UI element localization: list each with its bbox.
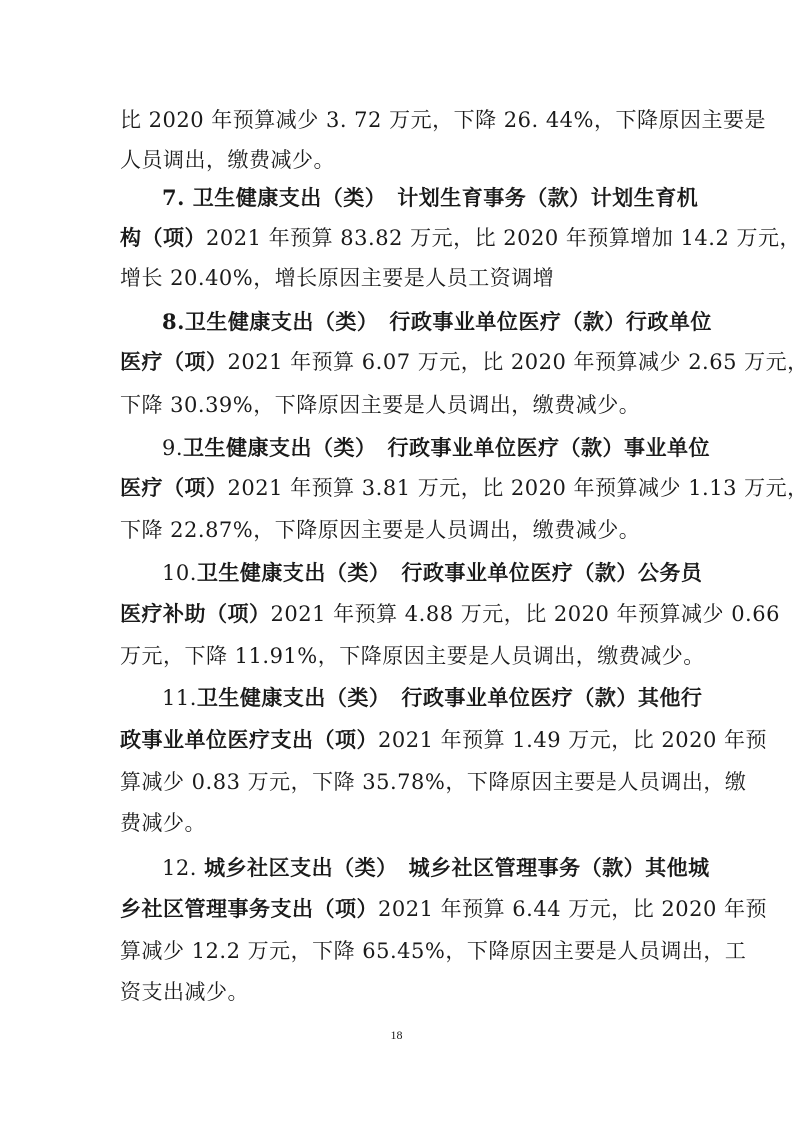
item-number: 11. (162, 686, 197, 710)
text-line: 医疗补助（项）2021 年预算 4.88 万元，比 2020 年预算减少 0.6… (120, 594, 698, 634)
line-text: 下降 30.39%，下降原因主要是人员调出，缴费减少。 (120, 393, 640, 417)
item-12-heading: 12. 城乡社区支出（类） 城乡社区管理事务（款）其他城 (162, 848, 698, 888)
text-line: 比 2020 年预算减少 3. 72 万元，下降 26. 44%，下降原因主要是 (120, 100, 698, 140)
item-10-heading: 10.卫生健康支出（类） 行政事业单位医疗（款）公务员 (162, 553, 698, 593)
item-number: 12. (162, 856, 204, 880)
heading-text: 城乡社区支出（类） 城乡社区管理事务（款）其他城 (204, 855, 710, 880)
item-9-heading: 9.卫生健康支出（类） 行政事业单位医疗（款）事业单位 (162, 428, 698, 468)
text-line: 资支出减少。 (120, 972, 698, 1012)
document-page: 比 2020 年预算减少 3. 72 万元，下降 26. 44%，下降原因主要是… (0, 0, 793, 1122)
heading-text: 医疗（项） (120, 475, 228, 500)
text-line: 医疗（项）2021 年预算 6.07 万元，比 2020 年预算减少 2.65 … (120, 342, 698, 382)
heading-text: 卫生健康支出（类） 行政事业单位医疗（款）其他行 (197, 685, 703, 710)
line-text: 资支出减少。 (120, 980, 249, 1004)
line-text: 算减少 12.2 万元，下降 65.45%，下降原因主要是人员调出，工 (120, 939, 746, 963)
text-line: 下降 30.39%，下降原因主要是人员调出，缴费减少。 (120, 385, 698, 425)
text-line: 构（项）2021 年预算 83.82 万元，比 2020 年预算增加 14.2 … (120, 218, 698, 258)
item-7-heading: 7. 卫生健康支出（类） 计划生育事务（款）计划生育机 (162, 178, 698, 218)
line-text: 2021 年预算 1.49 万元，比 2020 年预 (378, 728, 767, 752)
line-text: 万元，下降 11.91%，下降原因主要是人员调出，缴费减少。 (120, 644, 705, 668)
line-text: 费减少。 (120, 811, 206, 835)
heading-text: 8.卫生健康支出（类） 行政事业单位医疗（款）行政单位 (162, 309, 712, 334)
heading-text: 卫生健康支出（类） 行政事业单位医疗（款）事业单位 (183, 435, 710, 460)
text-line: 算减少 0.83 万元，下降 35.78%，下降原因主要是人员调出，缴 (120, 762, 698, 802)
line-text: 2021 年预算 83.82 万元，比 2020 年预算增加 14.2 万元， (206, 226, 793, 250)
line-text: 下降 22.87%，下降原因主要是人员调出，缴费减少。 (120, 518, 640, 542)
heading-text: 7. 卫生健康支出（类） 计划生育事务（款）计划生育机 (162, 185, 698, 210)
line-text: 人员调出，缴费减少。 (120, 148, 335, 172)
page-number: 18 (0, 1028, 793, 1043)
line-text: 2021 年预算 3.81 万元，比 2020 年预算减少 1.13 万元， (228, 476, 793, 500)
line-text: 2021 年预算 6.44 万元，比 2020 年预 (378, 897, 767, 921)
heading-text: 医疗（项） (120, 349, 228, 374)
text-line: 下降 22.87%，下降原因主要是人员调出，缴费减少。 (120, 510, 698, 550)
line-text: 2021 年预算 6.07 万元，比 2020 年预算减少 2.65 万元， (228, 350, 793, 374)
text-line: 费减少。 (120, 803, 698, 843)
text-line: 万元，下降 11.91%，下降原因主要是人员调出，缴费减少。 (120, 636, 698, 676)
text-line: 政事业单位医疗支出（项）2021 年预算 1.49 万元，比 2020 年预 (120, 720, 698, 760)
line-text: 增长 20.40%，增长原因主要是人员工资调增 (120, 266, 554, 290)
heading-text: 医疗补助（项） (120, 601, 271, 626)
text-line: 人员调出，缴费减少。 (120, 140, 698, 180)
item-8-heading: 8.卫生健康支出（类） 行政事业单位医疗（款）行政单位 (162, 302, 698, 342)
text-line: 医疗（项）2021 年预算 3.81 万元，比 2020 年预算减少 1.13 … (120, 468, 698, 508)
text-line: 增长 20.40%，增长原因主要是人员工资调增 (120, 258, 698, 298)
text-line: 算减少 12.2 万元，下降 65.45%，下降原因主要是人员调出，工 (120, 931, 698, 971)
item-number: 9. (162, 436, 183, 460)
item-11-heading: 11.卫生健康支出（类） 行政事业单位医疗（款）其他行 (162, 678, 698, 718)
heading-text: 政事业单位医疗支出（项） (120, 727, 378, 752)
line-text: 2021 年预算 4.88 万元，比 2020 年预算减少 0.66 (271, 602, 780, 626)
heading-text: 构（项） (120, 225, 206, 250)
item-number: 10. (162, 561, 197, 585)
line-text: 算减少 0.83 万元，下降 35.78%，下降原因主要是人员调出，缴 (120, 770, 746, 794)
heading-text: 卫生健康支出（类） 行政事业单位医疗（款）公务员 (197, 560, 703, 585)
line-text: 比 2020 年预算减少 3. 72 万元，下降 26. 44%，下降原因主要是 (120, 108, 766, 132)
text-line: 乡社区管理事务支出（项）2021 年预算 6.44 万元，比 2020 年预 (120, 889, 698, 929)
heading-text: 乡社区管理事务支出（项） (120, 896, 378, 921)
